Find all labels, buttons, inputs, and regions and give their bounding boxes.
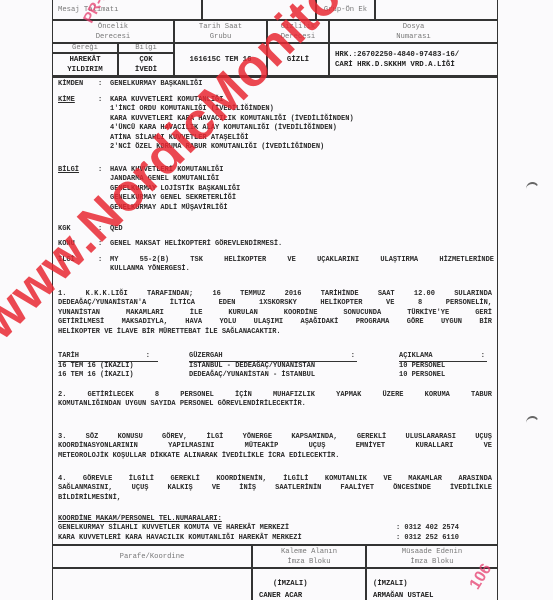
bilgi-value-2: İVEDİ xyxy=(135,65,157,75)
gizlilik-value: GİZLİ xyxy=(287,55,309,65)
musaade-label-1: Müsaade Edenin xyxy=(402,547,462,557)
ilgi-label: İLGİ xyxy=(58,256,92,265)
text-line: MY 55-2(B) TSK HELİKOPTER VE UÇAKLARINI … xyxy=(110,256,494,265)
contact-rows: GENELKURMAY SİLAHLI KUVVETLER KOMUTA VE … xyxy=(58,524,492,543)
colon: : xyxy=(146,352,150,361)
contact-name: KARA KUVVETLERİ KARA HAVACILIK KOMUTANLI… xyxy=(58,534,302,542)
text-line: 1. K.K.K.LIĞI TARAFINDAN; 16 TEMMUZ 2016… xyxy=(58,290,492,299)
contacts-title: KOORDİNE MAKAM/PERSONEL TEL.NUMARALARI: xyxy=(58,515,492,524)
text-line: KULLANMA YÖNERGESİ. xyxy=(110,265,494,274)
text-line: METEOROLOJİK KOŞULLAR DİKKATE ALINARAK İ… xyxy=(58,452,492,461)
tarih-saat-value: 161615C TEM 16 xyxy=(189,55,251,65)
tarih-saat-label-2: Grubu xyxy=(210,32,232,42)
colon: : xyxy=(98,80,102,89)
kgk-value: QED xyxy=(110,225,123,234)
text-line: HAVA KUVVETLERİ KOMUTANLIĞI xyxy=(110,166,240,175)
musaade-name: ARMAĞAN USTAEL xyxy=(373,591,433,600)
dosya-label-1: Dosya xyxy=(403,22,425,32)
schedule-header-guzergah: GÜZERGAH: xyxy=(189,352,357,362)
musaade-value-cell: (İMZALI) ARMAĞAN USTAEL xyxy=(366,568,498,600)
konu-value: GENEL MAKSAT HELİKOPTERİ GÖREVLENDİRMESİ… xyxy=(110,240,282,249)
geregi-value-2: YILDIRIM xyxy=(67,65,102,75)
kgk-label: KGK xyxy=(58,225,92,234)
text-line: HELİKOPTER VE İLAVE BİR MÜRETTEBAT İLE S… xyxy=(58,328,492,337)
mesaj-talimati-label: Mesaj Talimatı xyxy=(58,5,118,15)
oncelik-label-cell: Öncelik Derecesi xyxy=(52,20,174,43)
colon: : xyxy=(98,240,102,249)
kime-label: KİME xyxy=(58,96,92,105)
parafe-label: Parafe/Koordine xyxy=(120,552,185,562)
bilgi-list: HAVA KUVVETLERİ KOMUTANLIĞIJANDARMA GENE… xyxy=(110,166,240,213)
kaleme-label-cell: Kaleme Alanın İmza Bloku xyxy=(252,545,366,568)
kaleme-status: (İMZALI) xyxy=(273,579,308,589)
paragraph-2: 2. GETİRİLECEK 8 PERSONEL İÇİN MUHAFIZLI… xyxy=(58,391,492,410)
paragraph-3: 3. SÖZ KONUSU GÖREV, İLGİ YÖNERGE KAPSAM… xyxy=(58,433,492,461)
dosya-value-cell: HRK.:26702250-4840-97483-16/ CARİ HRK.D.… xyxy=(329,43,498,76)
header-tarih-text: TARİH xyxy=(58,352,79,360)
parafe-value-cell xyxy=(52,568,252,600)
contact-row: GENELKURMAY SİLAHLI KUVVETLER KOMUTA VE … xyxy=(58,524,492,533)
gizlilik-value-cell: GİZLİ xyxy=(267,43,329,76)
colon: : xyxy=(481,352,485,361)
oncelik-label-1: Öncelik xyxy=(98,22,128,32)
mesaj-talimati-value xyxy=(202,0,316,20)
geregi-label: Gereği xyxy=(72,43,98,53)
schedule-header-aciklama: AÇIKLAMA: xyxy=(399,352,487,362)
text-line: KOORDİNASYONLARININ YAPILMASINI MÜTEAKİP… xyxy=(58,442,492,451)
text-line: 3. SÖZ KONUSU GÖREV, İLGİ YÖNERGE KAPSAM… xyxy=(58,433,492,442)
colon: : xyxy=(98,96,102,105)
schedule-cell: 10 PERSONEL xyxy=(399,371,445,380)
schedule-cell: İSTANBUL - DEDEAĞAÇ/YUNANİSTAN xyxy=(189,362,315,371)
text-line: YUNANİSTAN MAKAMLARI İLE KURULAN KOORDİN… xyxy=(58,309,492,318)
ilgi-lines: MY 55-2(B) TSK HELİKOPTER VE UÇAKLARINI … xyxy=(110,256,494,275)
kaleme-label-1: Kaleme Alanın xyxy=(281,547,337,557)
text-line: SAĞLANMASINI, UÇUŞ KALKIŞ VE İNİŞ SAATLE… xyxy=(58,484,492,493)
text-line: GENELKURMAY LOJİSTİK BAŞKANLIĞI xyxy=(110,185,240,194)
punch-hole xyxy=(526,416,539,430)
gizlilik-label-cell: Gizlilik Derecesi xyxy=(267,20,329,43)
schedule-cell: 10 PERSONEL xyxy=(399,362,445,371)
oncelik-label-2: Derecesi xyxy=(96,32,131,42)
gizlilik-label-2: Derecesi xyxy=(281,32,316,42)
schedule-cell: 16 TEM 16 (İKAZLI) xyxy=(58,362,134,371)
text-line: KARA KUVVETLERİ KOMUTANLIĞI xyxy=(110,96,354,105)
colon: : xyxy=(351,352,355,361)
tarih-saat-label-cell: Tarih Saat Grubu xyxy=(174,20,267,43)
text-line: 2'NCİ ÖZEL KORUMA RABUR KOMUTANLIĞI (İVE… xyxy=(110,143,354,152)
parafe-label-cell: Parafe/Koordine xyxy=(52,545,252,568)
grup-on-ek-value xyxy=(375,0,498,20)
kime-list: KARA KUVVETLERİ KOMUTANLIĞI1'İNCİ ORDU K… xyxy=(110,96,354,152)
kaleme-value-cell: (İMZALI) CANER ACAR xyxy=(252,568,366,600)
text-line: BİLDİRİLMESİNİ, xyxy=(58,494,492,503)
schedule-cell: DEDEAĞAÇ/YUNANİSTAN - İSTANBUL xyxy=(189,371,315,380)
mesaj-talimati-cell: Mesaj Talimatı xyxy=(52,0,202,20)
grup-on-ek-cell: Grup-Ön Ek xyxy=(316,0,375,20)
schedule-rows: 16 TEM 16 (İKAZLI)İSTANBUL - DEDEAĞAÇ/YU… xyxy=(58,362,492,381)
musaade-status: (İMZALI) xyxy=(373,579,408,589)
text-line: 2. GETİRİLECEK 8 PERSONEL İÇİN MUHAFIZLI… xyxy=(58,391,492,400)
message-form: Mesaj Talimatı Grup-Ön Ek Öncelik Derece… xyxy=(52,0,498,600)
gizlilik-label-1: Gizlilik xyxy=(281,22,316,32)
geregi-label-cell: Gereği xyxy=(52,43,118,53)
punch-hole xyxy=(526,182,539,196)
contact-phone: : 0312 252 6110 xyxy=(396,534,459,543)
dosya-label-2: Numarası xyxy=(396,32,431,42)
tarih-saat-label-1: Tarih Saat xyxy=(199,22,242,32)
schedule-table: TARİH: GÜZERGAH: AÇIKLAMA: 16 TEM 16 (İK… xyxy=(58,352,492,382)
schedule-row: 16 TEM 16 (İKAZLI)İSTANBUL - DEDEAĞAÇ/YU… xyxy=(58,362,492,371)
musaade-label-cell: Müsaade Edenin İmza Bloku xyxy=(366,545,498,568)
contacts-block: KOORDİNE MAKAM/PERSONEL TEL.NUMARALARI: … xyxy=(58,515,492,543)
text-line: 4'ÜNCÜ KARA HAVACILIK ALAY KOMUTANLIĞI (… xyxy=(110,124,354,133)
bilgi-label: Bilgi xyxy=(135,43,157,53)
kimden-label: KİMDEN xyxy=(58,80,92,89)
dosya-label-cell: Dosya Numarası xyxy=(329,20,498,43)
geregi-value-cell: HAREKÂT YILDIRIM xyxy=(52,53,118,76)
text-line: KARA KUVVETLERİ KARA HAVACILIK KOMUTANLI… xyxy=(110,115,354,124)
text-line: GENELKURMAY ADLİ MÜŞAVİRLİĞİ xyxy=(110,204,240,213)
text-line: 4. GÖREVLE İLGİLİ GEREKLİ KOORDİNENİN, İ… xyxy=(58,475,492,484)
header-guzergah-text: GÜZERGAH xyxy=(189,352,223,360)
kaleme-label-2: İmza Bloku xyxy=(287,557,330,567)
colon: : xyxy=(98,256,102,265)
bilgi-value-1: ÇOK xyxy=(139,55,152,65)
kaleme-name: CANER ACAR xyxy=(259,591,302,600)
text-line: GENELKURMAY GENEL SEKRETERLİĞİ xyxy=(110,194,240,203)
grup-on-ek-label: Grup-Ön Ek xyxy=(324,5,367,15)
header-aciklama-text: AÇIKLAMA xyxy=(399,352,433,360)
dosya-value-2: CARİ HRK.D.SKKHM VRD.A.LİĞİ xyxy=(335,60,455,70)
contact-name: GENELKURMAY SİLAHLI KUVVETLER KOMUTA VE … xyxy=(58,524,289,532)
contact-row: KARA KUVVETLERİ KARA HAVACILIK KOMUTANLI… xyxy=(58,534,492,543)
geregi-value-1: HAREKÂT xyxy=(69,55,100,65)
text-line: DEDEAĞAÇ/YUNANİSTAN'A İLTİCA EDEN 1XSKOR… xyxy=(58,299,492,308)
schedule-cell: 16 TEM 16 (İKAZLI) xyxy=(58,371,134,380)
text-line: 1'İNCİ ORDU KOMUTANLIĞI (İVEDİLİĞİNDEN) xyxy=(110,105,354,114)
colon: : xyxy=(98,166,102,175)
paragraph-4: 4. GÖREVLE İLGİLİ GEREKLİ KOORDİNENİN, İ… xyxy=(58,475,492,503)
paragraph-1: 1. K.K.K.LIĞI TARAFINDAN; 16 TEMMUZ 2016… xyxy=(58,290,492,337)
dosya-value-1: HRK.:26702250-4840-97483-16/ xyxy=(335,50,459,60)
bilgi-value-cell: ÇOK İVEDİ xyxy=(118,53,174,76)
schedule-header-tarih: TARİH: xyxy=(58,352,158,362)
konu-label: KONU xyxy=(58,240,92,249)
schedule-row: 16 TEM 16 (İKAZLI)DEDEAĞAÇ/YUNANİSTAN - … xyxy=(58,371,492,380)
contact-phone: : 0312 402 2574 xyxy=(396,524,459,533)
text-line: ATİNA SİLAHLI KUVVETLER ATAŞELİĞİ xyxy=(110,134,354,143)
text-line: JANDARMA GENEL KOMUTANLIĞI xyxy=(110,175,240,184)
colon: : xyxy=(98,225,102,234)
text-line: GETİRİLMESİ MAKSADIYLA, HAVA YOLU ULAŞIM… xyxy=(58,318,492,327)
text-line: KOMUTANLIĞINDAN UYGUN SAYIDA PERSONEL GÖ… xyxy=(58,400,492,409)
tarih-saat-value-cell: 161615C TEM 16 xyxy=(174,43,267,76)
bilgi-section-label: BİLGİ xyxy=(58,166,92,175)
bilgi-label-cell: Bilgi xyxy=(118,43,174,53)
kimden-value: GENELKURMAY BAŞKANLIĞI xyxy=(110,80,202,89)
musaade-label-2: İmza Bloku xyxy=(410,557,453,567)
